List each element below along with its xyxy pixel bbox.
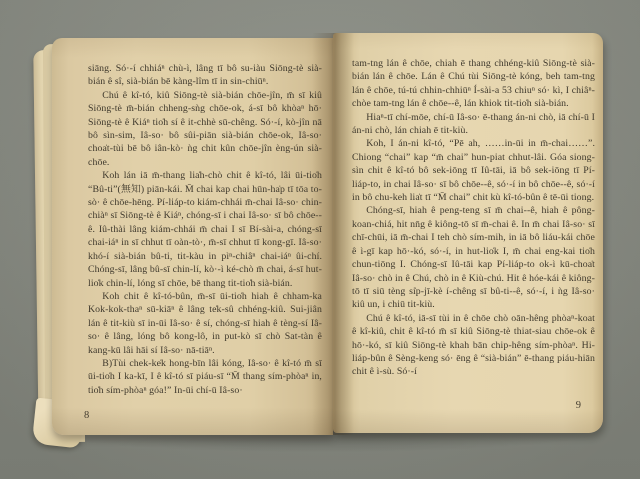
left-page-text: siāng. Só·-í chhiáⁿ chù-ì, lâng tī bô su… — [88, 62, 322, 424]
paragraph: Chú ê kî-tó, kiû Siōng-tè sià-bián chōe-… — [88, 89, 322, 169]
left-page: siāng. Só·-í chhiáⁿ chù-ì, lâng tī bô su… — [52, 38, 333, 435]
paragraph: Chóng-sī, hiah ê peng-teng sī m̄ chai--ê… — [352, 204, 595, 311]
right-page: tam-tng lán ê chōe, chiah ē thang chhéng… — [333, 33, 603, 433]
paragraph: Koh lán iā m̄-thang lia̍h-chò chit ê kî-… — [88, 169, 322, 290]
paragraph: Koh, I án-ni kî-tó, “Pē ah, ……in-ūi in m… — [352, 137, 595, 204]
paragraph: Hiaⁿ-tī chí-mōe, chí-ū Iâ-so· ē-thang án… — [352, 111, 595, 138]
paragraph: tam-tng lán ê chōe, chiah ē thang chhéng… — [352, 57, 595, 111]
page-number-left: 8 — [84, 410, 89, 421]
paragraph: siāng. Só·-í chhiáⁿ chù-ì, lâng tī bô su… — [88, 62, 322, 89]
page-number-right: 9 — [576, 400, 581, 411]
paragraph: Chú ê kî-tó, iā-sī tùi in ê chōe chò oān… — [352, 312, 595, 379]
paragraph: B)Tùi chek-ke̍k hong-bīn lâi kóng, Iâ-so… — [88, 357, 322, 397]
photo-background: siāng. Só·-í chhiáⁿ chù-ì, lâng tī bô su… — [0, 0, 640, 479]
paragraph: Koh chit ê kî-tó-bûn, m̄-sī ūi-tio̍h hia… — [88, 290, 322, 357]
right-page-text: tam-tng lán ê chōe, chiah ē thang chhéng… — [352, 57, 595, 413]
